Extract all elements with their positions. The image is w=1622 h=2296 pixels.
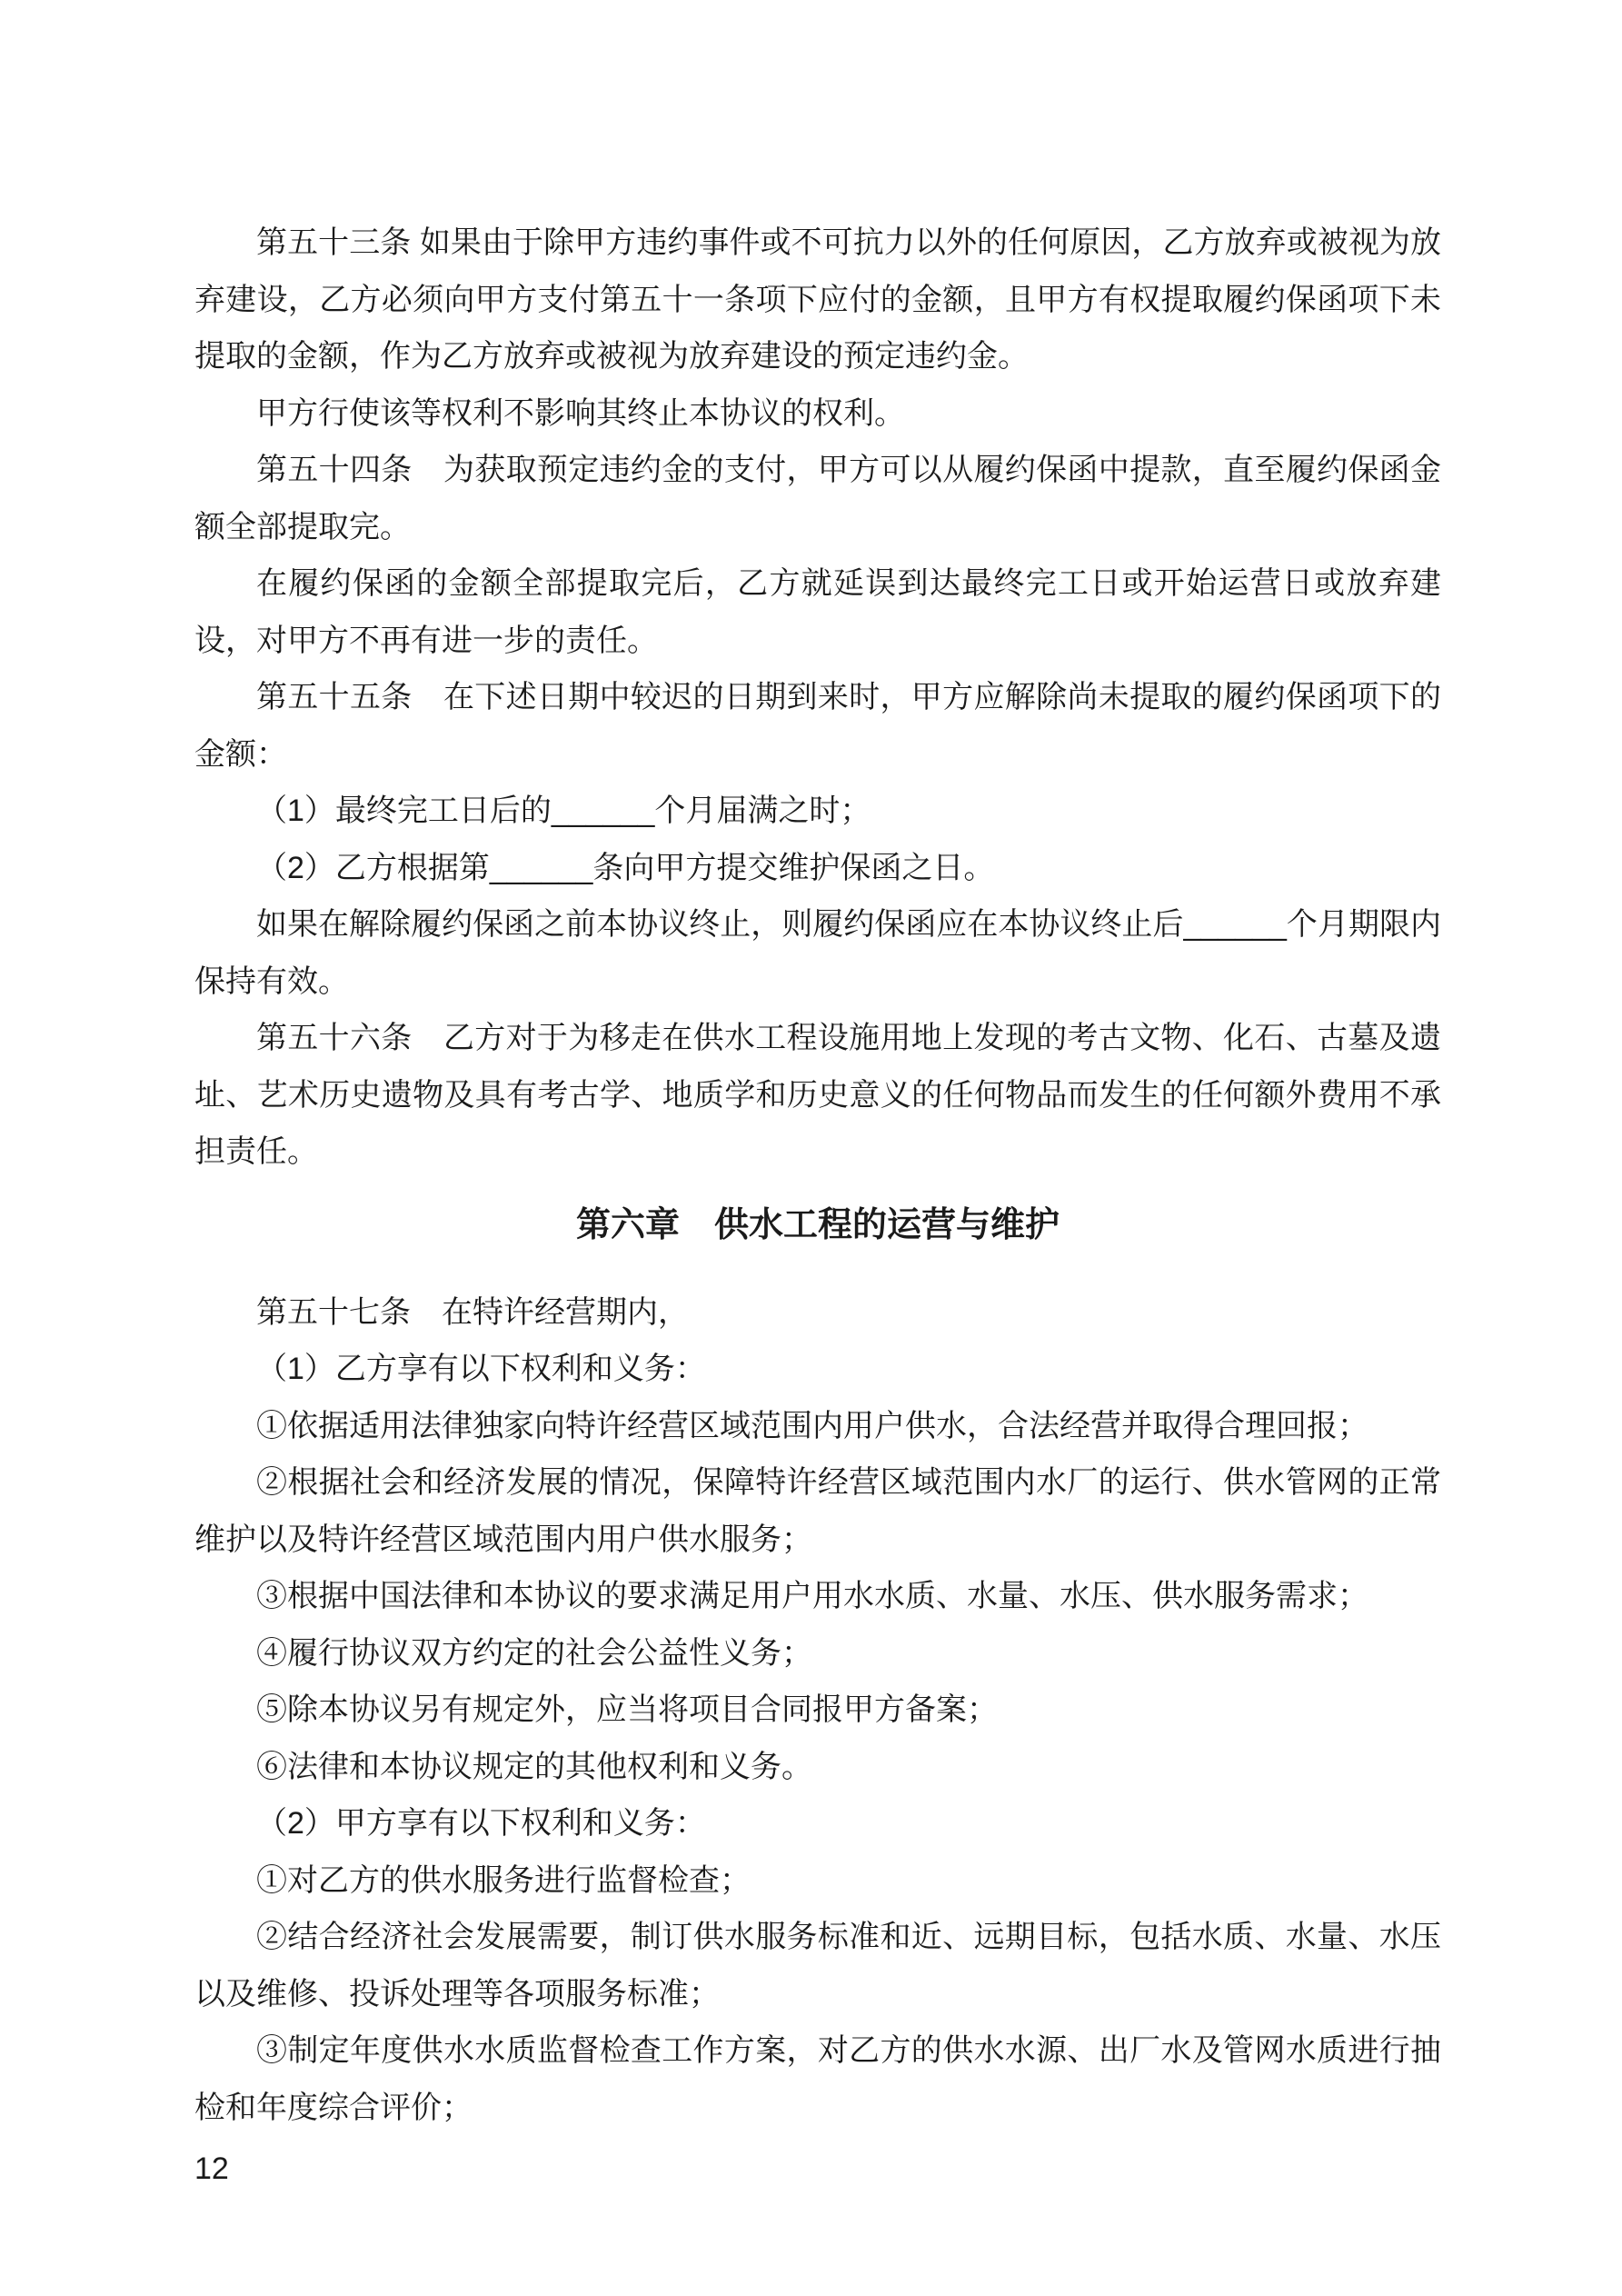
clause-list-item: ②根据社会和经济发展的情况，保障特许经营区域范围内水厂的运行、供水管网的正常维护… [194, 1454, 1441, 1568]
page-number: 12 [194, 2151, 229, 2187]
clause-list-item: ③制定年度供水水质监督检查工作方案，对乙方的供水水源、出厂水及管网水质进行抽检和… [194, 2022, 1441, 2136]
clause-list-item: ④履行协议双方约定的社会公益性义务； [194, 1625, 1441, 1682]
contract-document-page: 第五十三条 如果由于除甲方违约事件或不可抗力以外的任何原因，乙方放弃或被视为放弃… [0, 0, 1622, 2296]
clause-paragraph: 如果在解除履约保函之前本协议终止，则履约保函应在本协议终止后______个月期限… [194, 896, 1441, 1010]
clause-list-item: （1）乙方享有以下权利和义务： [194, 1341, 1441, 1398]
clause-list-item: （2）甲方享有以下权利和义务： [194, 1795, 1441, 1852]
clause-paragraph: 甲方行使该等权利不影响其终止本协议的权利。 [194, 385, 1441, 443]
clause-list-item: （1）最终完工日后的______个月届满之时； [194, 783, 1441, 840]
clause-paragraph: 第五十七条 在特许经营期内， [194, 1284, 1441, 1342]
clause-list-item: ③根据中国法律和本协议的要求满足用户用水水质、水量、水压、供水服务需求； [194, 1568, 1441, 1625]
clause-paragraph: 第五十五条 在下述日期中较迟的日期到来时，甲方应解除尚未提取的履约保函项下的金额… [194, 669, 1441, 783]
clause-list-item: ⑤除本协议另有规定外，应当将项目合同报甲方备案； [194, 1682, 1441, 1739]
clause-list-item: ⑥法律和本协议规定的其他权利和义务。 [194, 1739, 1441, 1796]
clause-paragraph: 第五十六条 乙方对于为移走在供水工程设施用地上发现的考古文物、化石、古墓及遗址、… [194, 1010, 1441, 1181]
clause-paragraph: 在履约保函的金额全部提取完后，乙方就延误到达最终完工日或开始运营日或放弃建设，对… [194, 555, 1441, 669]
document-body: 第五十三条 如果由于除甲方违约事件或不可抗力以外的任何原因，乙方放弃或被视为放弃… [194, 215, 1441, 2136]
clause-list-item: ②结合经济社会发展需要，制订供水服务标准和近、远期目标，包括水质、水量、水压以及… [194, 1909, 1441, 2022]
clause-list-item: （2）乙方根据第______条向甲方提交维护保函之日。 [194, 840, 1441, 897]
clause-paragraph: 第五十三条 如果由于除甲方违约事件或不可抗力以外的任何原因，乙方放弃或被视为放弃… [194, 215, 1441, 385]
chapter-heading: 第六章 供水工程的运营与维护 [194, 1193, 1441, 1257]
clause-paragraph: 第五十四条 为获取预定违约金的支付，甲方可以从履约保函中提款，直至履约保函金额全… [194, 442, 1441, 555]
clause-list-item: ①对乙方的供水服务进行监督检查； [194, 1852, 1441, 1910]
clause-list-item: ①依据适用法律独家向特许经营区域范围内用户供水，合法经营并取得合理回报； [194, 1398, 1441, 1455]
